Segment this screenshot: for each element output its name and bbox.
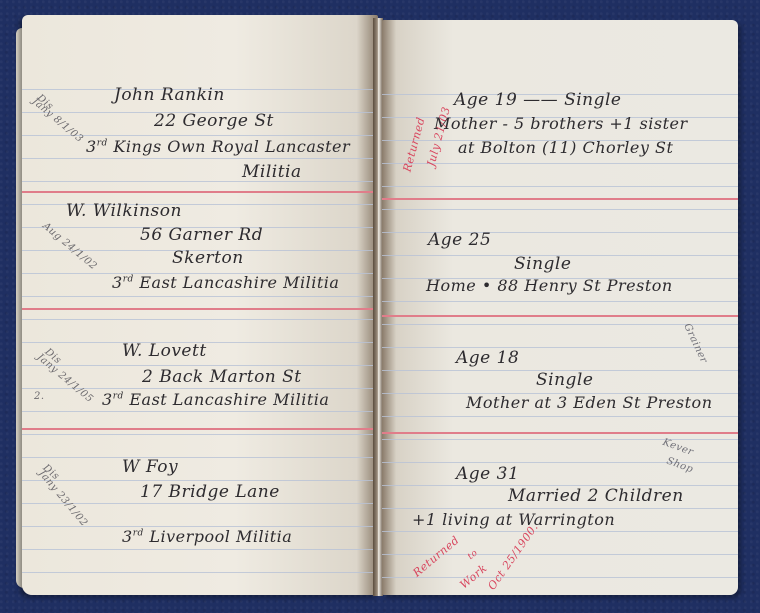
entry-name: W. Wilkinson bbox=[66, 201, 182, 221]
open-register-book: Dis Jany 8/1/03 John Rankin 22 George St… bbox=[0, 0, 760, 613]
entry-address: 56 Garner Rd bbox=[140, 225, 263, 245]
entry-name: W Foy bbox=[122, 457, 178, 477]
entry-detail: Mother - 5 brothers +1 sister bbox=[434, 114, 688, 133]
entry-regiment: 3rd East Lancashire Militia bbox=[102, 390, 329, 409]
entry-address-2: Skerton bbox=[172, 248, 244, 268]
entry-divider bbox=[382, 432, 738, 434]
margin-note: 2. bbox=[34, 391, 45, 402]
entry-regiment-cont: Militia bbox=[242, 162, 302, 182]
entry-detail: Single bbox=[536, 370, 593, 390]
entry-address: 2 Back Marton St bbox=[142, 367, 302, 387]
entry-divider bbox=[22, 428, 378, 430]
left-page: Dis Jany 8/1/03 John Rankin 22 George St… bbox=[22, 15, 378, 595]
entry-divider bbox=[382, 315, 738, 317]
entry-detail: Age 31 bbox=[456, 464, 519, 484]
right-page: Returned July 21/03 Age 19 —— Single Mot… bbox=[382, 20, 738, 595]
entry-address: 17 Bridge Lane bbox=[140, 482, 280, 502]
entry-detail: +1 living at Warrington bbox=[412, 510, 615, 529]
entry-regiment: 3rd Liverpool Militia bbox=[122, 527, 292, 546]
entry-regiment: 3rd East Lancashire Militia bbox=[112, 273, 339, 292]
entry-detail: Age 25 bbox=[428, 230, 491, 250]
entry-detail: Single bbox=[514, 254, 571, 274]
entry-name: W. Lovett bbox=[122, 341, 207, 361]
entry-detail: at Bolton (11) Chorley St bbox=[458, 138, 673, 157]
entry-detail: Age 19 —— Single bbox=[454, 90, 621, 110]
entry-divider bbox=[22, 191, 378, 193]
entry-detail: Married 2 Children bbox=[508, 486, 684, 506]
entry-address: 22 George St bbox=[154, 111, 274, 131]
entry-divider bbox=[22, 308, 378, 310]
entry-detail: Mother at 3 Eden St Preston bbox=[466, 393, 713, 412]
entry-detail: Age 18 bbox=[456, 348, 519, 368]
entry-regiment: 3rd Kings Own Royal Lancaster bbox=[86, 137, 350, 156]
entry-name: John Rankin bbox=[114, 85, 225, 105]
entry-detail: Home • 88 Henry St Preston bbox=[426, 276, 673, 295]
entry-divider bbox=[382, 198, 738, 200]
